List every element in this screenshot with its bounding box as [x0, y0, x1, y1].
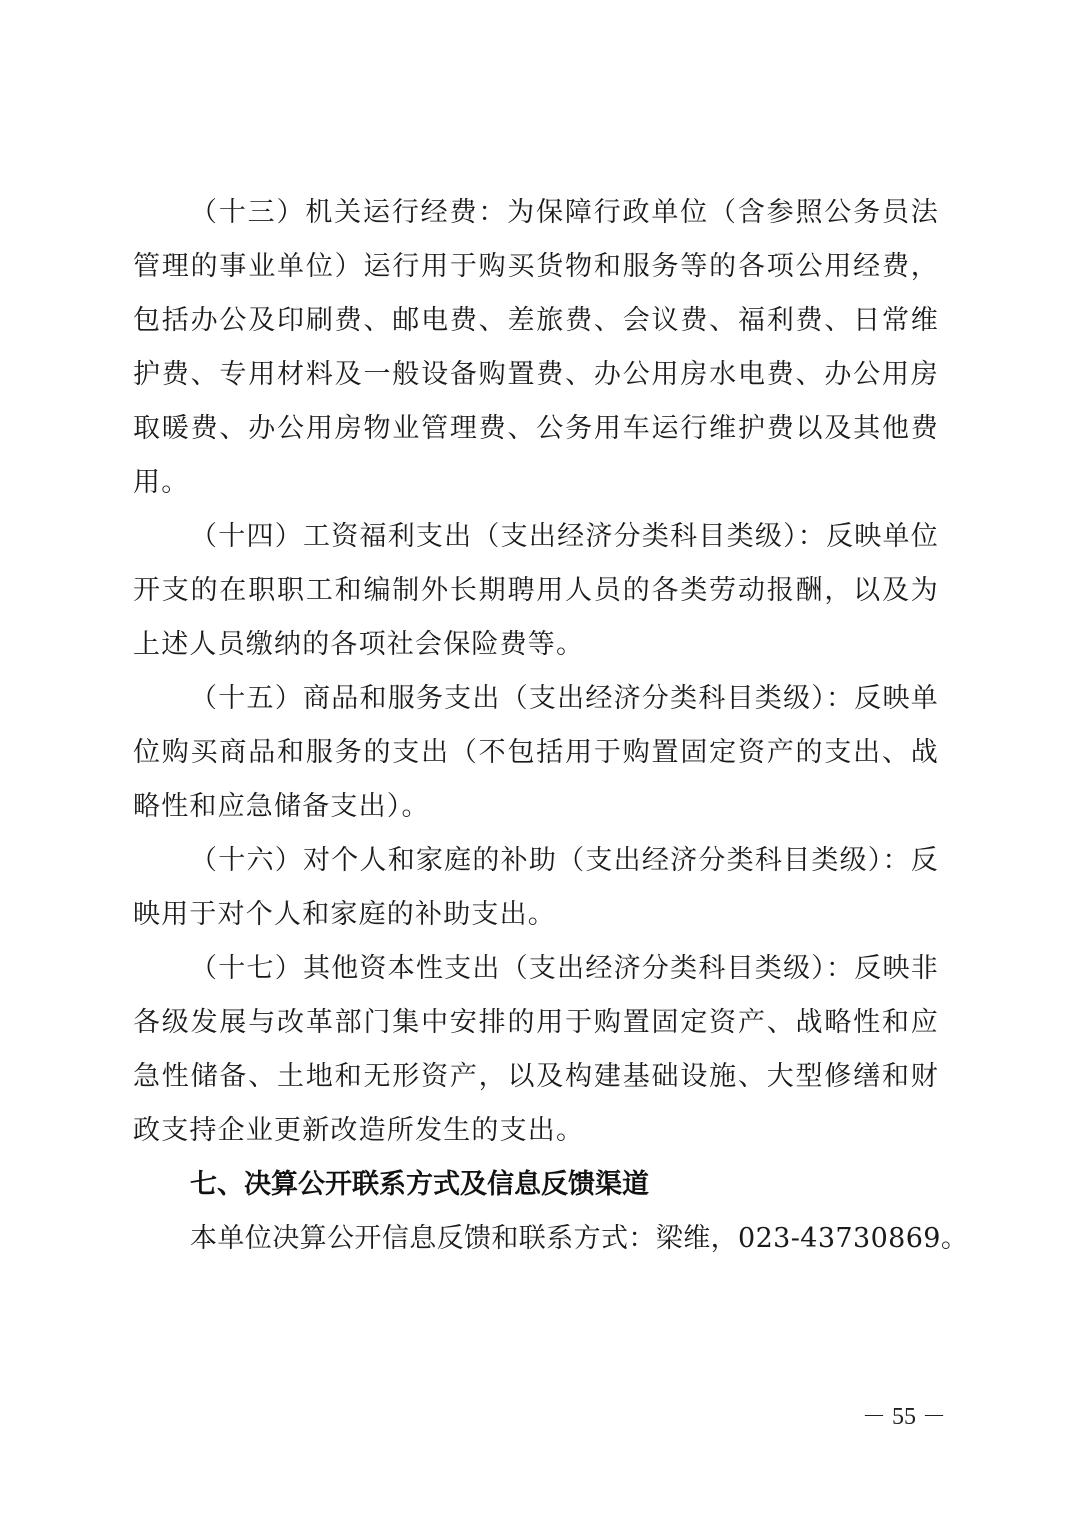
paragraph-14: （十四）工资福利支出（支出经济分类科目类级）：反映单位开支的在职职工和编制外长期… — [133, 510, 939, 672]
paragraph-13-body: 为保障行政单位（含参照公务员法管理的事业单位）运行用于购买货物和服务等的各项公用… — [133, 197, 939, 498]
paragraph-13-lead: （十三）机关运行经费： — [190, 197, 507, 228]
paragraph-13: （十三）机关运行经费：为保障行政单位（含参照公务员法管理的事业单位）运行用于购买… — [133, 186, 939, 510]
contact-line: 本单位决算公开信息反馈和联系方式：梁维，023-43730869。 — [133, 1212, 939, 1266]
paragraph-16-lead: （十六）对个人和家庭的补助（支出经济分类科目类级）： — [190, 845, 911, 876]
paragraph-17-lead: （十七）其他资本性支出（支出经济分类科目类级）： — [190, 953, 854, 984]
document-body: （十三）机关运行经费：为保障行政单位（含参照公务员法管理的事业单位）运行用于购买… — [133, 186, 939, 1266]
page-number: － 55 － — [862, 1396, 946, 1431]
paragraph-15-lead: （十五）商品和服务支出（支出经济分类科目类级）： — [190, 683, 854, 714]
paragraph-15: （十五）商品和服务支出（支出经济分类科目类级）：反映单位购买商品和服务的支出（不… — [133, 672, 939, 834]
section-heading: 七、决算公开联系方式及信息反馈渠道 — [133, 1158, 939, 1212]
paragraph-17: （十七）其他资本性支出（支出经济分类科目类级）：反映非各级发展与改革部门集中安排… — [133, 942, 939, 1158]
paragraph-14-lead: （十四）工资福利支出（支出经济分类科目类级）： — [190, 521, 826, 552]
paragraph-16: （十六）对个人和家庭的补助（支出经济分类科目类级）：反映用于对个人和家庭的补助支… — [133, 834, 939, 942]
document-page: （十三）机关运行经费：为保障行政单位（含参照公务员法管理的事业单位）运行用于购买… — [0, 0, 1069, 1515]
